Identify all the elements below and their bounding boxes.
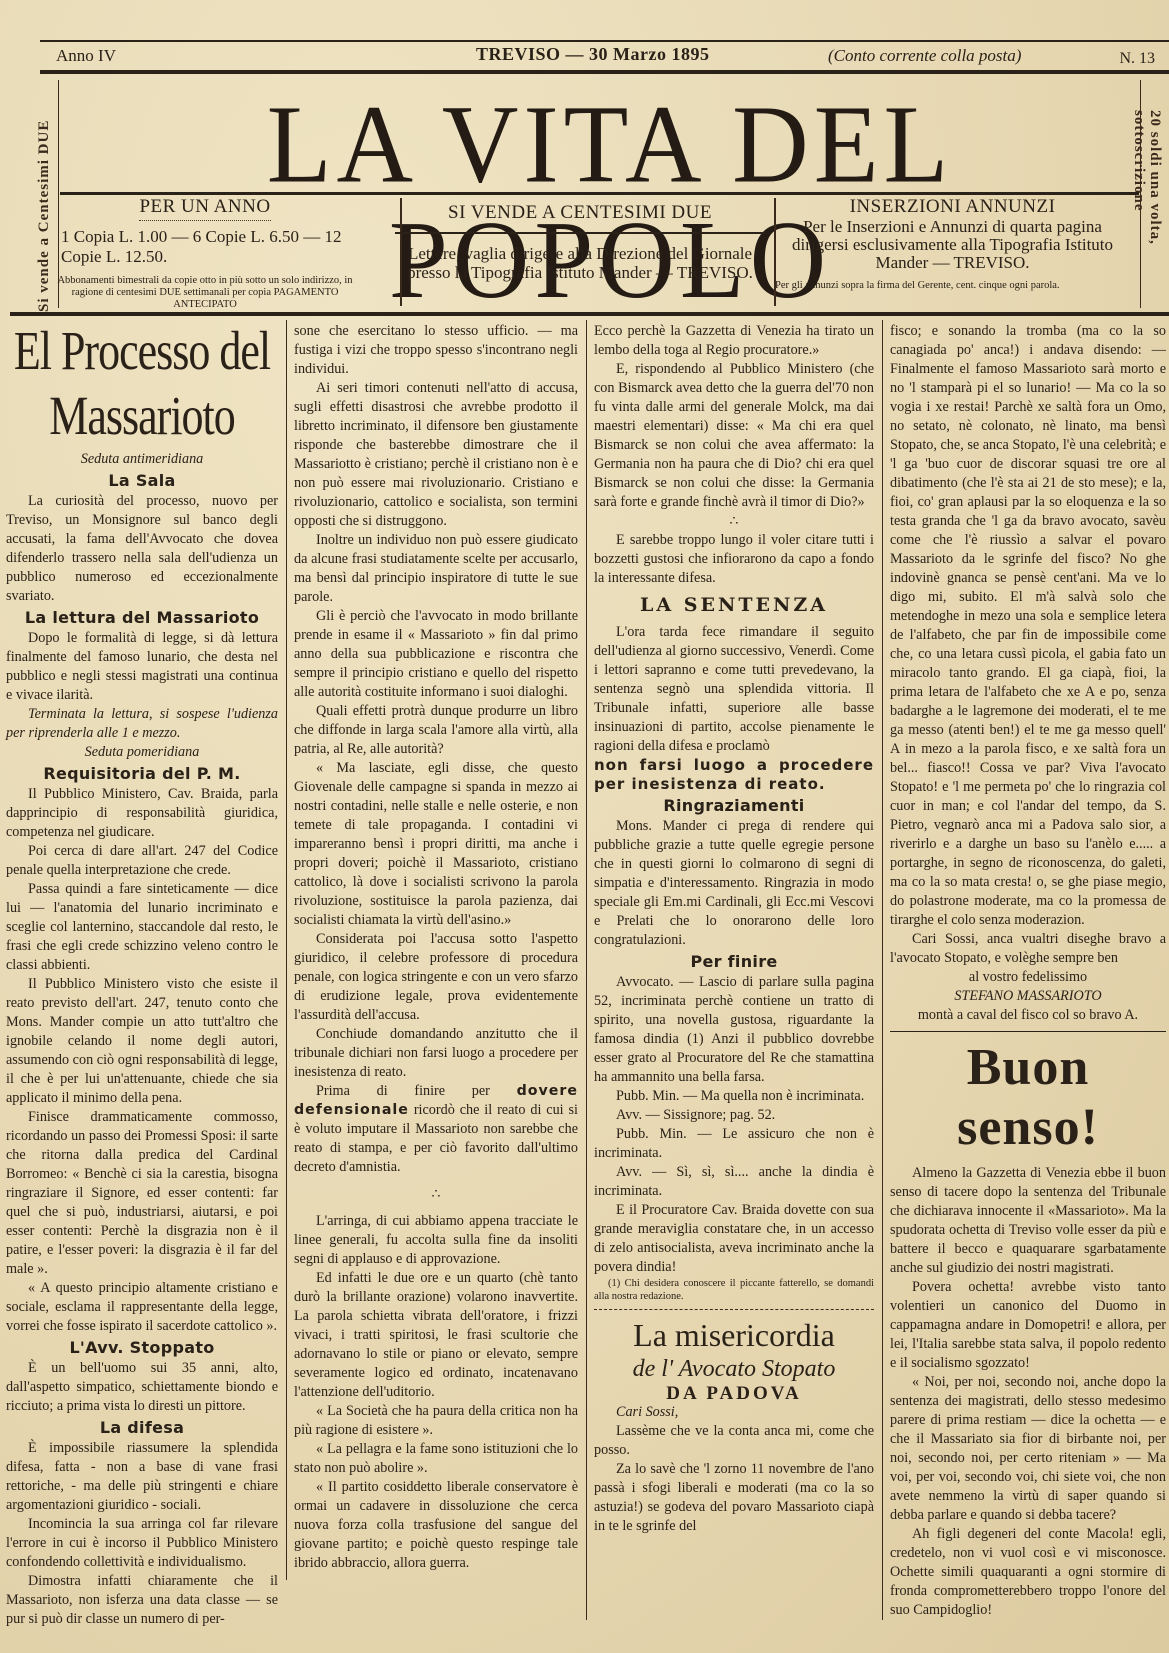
- paragraph: È un bell'uomo sui 35 anni, alto, dall'a…: [6, 1359, 278, 1416]
- article-title-processo: El Processo del Massarioto: [6, 319, 278, 449]
- ads-title: INSERZIONI ANNUNZI: [775, 196, 1130, 218]
- paragraph: E sarebbe troppo lungo il voler citare t…: [594, 531, 874, 588]
- paragraph: Gli è perciò che l'avvocato in modo bril…: [294, 607, 578, 702]
- ads-text: Per le Inserzioni e Annunzi di quarta pa…: [775, 218, 1130, 272]
- signature-name: STEFANO MASSARIOTO: [890, 987, 1166, 1006]
- paragraph: « A questo principio altamente cristiano…: [6, 1279, 278, 1336]
- masthead-right-border: [1140, 80, 1141, 308]
- paragraph: Il Pubblico Ministero, Cav. Braida, parl…: [6, 785, 278, 842]
- sale-text: Lettere, vaglia dirigere alla Direzione …: [395, 244, 765, 282]
- paragraph: Ai seri timori contenuti nell'atto di ac…: [294, 379, 578, 531]
- paragraph: Prima di finire per dovere defensionale …: [294, 1082, 578, 1177]
- paragraph: Quali effetti protrà dunque produrre un …: [294, 702, 578, 759]
- section-heading: Per finire: [594, 952, 874, 971]
- paragraph: Za lo savè che 'l zorno 11 novembre de l…: [594, 1460, 874, 1536]
- anno-label: Anno IV: [56, 46, 116, 66]
- ads-note: Per gli annunzi sopra la firma del Geren…: [775, 280, 1130, 292]
- sale-title: SI VENDE A CENTESIMI DUE: [395, 202, 765, 224]
- salutation: Cari Sossi,: [594, 1403, 874, 1422]
- subscription-note: Abbonamenti bimestrali da copie otto in …: [55, 275, 355, 311]
- masthead-title: LA VITA DEL POPOLO: [140, 87, 1080, 203]
- paragraph: È impossibile riassumere la splendida di…: [6, 1439, 278, 1515]
- subhead: Seduta antimeridiana: [6, 450, 278, 469]
- article-subtitle: de l' Avocato Stopato: [594, 1354, 874, 1384]
- paragraph: Poi cerca di dare all'art. 247 del Codic…: [6, 842, 278, 880]
- paragraph: Cari Sossi, anca vualtri diseghe bravo a…: [890, 930, 1166, 968]
- column-2: sone che esercitano lo stesso ufficio. —…: [294, 322, 578, 1573]
- dateline-rule: [40, 70, 1169, 74]
- paragraph: Ah figli degeneri del conte Macola! egli…: [890, 1525, 1166, 1620]
- paragraph: Avv. — Sissignore; pag. 52.: [594, 1106, 874, 1125]
- paragraph: Finisce drammaticamente commosso, ricord…: [6, 1108, 278, 1279]
- paragraph: Dopo le formalità di legge, si dà lettur…: [6, 629, 278, 705]
- column-divider-3: [882, 320, 883, 1620]
- paragraph: Ecco perchè la Gazzetta di Venezia ha ti…: [594, 322, 874, 360]
- paragraph: fisco; e sonando la tromba (ma co la so …: [890, 322, 1166, 930]
- article-title-misericordia: La misericordia: [594, 1316, 874, 1354]
- paragraph: « La Società che ha paura della critica …: [294, 1402, 578, 1440]
- section-heading: La Sala: [6, 471, 278, 490]
- column-4: fisco; e sonando la tromba (ma co la so …: [890, 322, 1166, 1620]
- paragraph: Passa quindi a fare sinteticamente — dic…: [6, 880, 278, 975]
- paragraph: Inoltre un individuo non può essere giud…: [294, 531, 578, 607]
- separator: ∴: [294, 1185, 578, 1204]
- conto-corrente: (Conto corrente colla posta): [828, 46, 1021, 66]
- sale-rule: [395, 232, 765, 234]
- section-heading: Ringraziamenti: [594, 796, 874, 815]
- section-heading: La lettura del Massarioto: [6, 608, 278, 627]
- subscription-box: PER UN ANNO 1 Copia L. 1.00 — 6 Copie L.…: [55, 196, 355, 308]
- paragraph: Pubb. Min. — Le assicuro che non è incri…: [594, 1125, 874, 1163]
- subscription-prices: 1 Copia L. 1.00 — 6 Copie L. 6.50 — 12 C…: [55, 227, 355, 267]
- separator-rule: [594, 1309, 874, 1310]
- article-title-buon-senso: Buon senso!: [890, 1038, 1166, 1158]
- verdict-text: non farsi luogo a procedere per inesiste…: [594, 756, 874, 794]
- section-heading-sentenza: LA SENTENZA: [594, 596, 874, 615]
- text-run: Prima di finire per: [316, 1083, 490, 1099]
- paragraph: L'arringa, di cui abbiamo appena traccia…: [294, 1212, 578, 1269]
- section-heading: Requisitoria del P. M.: [6, 764, 278, 783]
- top-rule: [40, 40, 1169, 42]
- signature-line: al vostro fedelissimo: [890, 968, 1166, 987]
- footnote: (1) Chi desidera conoscere il piccante f…: [594, 1277, 874, 1303]
- paragraph: E il Procuratore Cav. Braida dovette con…: [594, 1201, 874, 1277]
- signature-line: montà a caval del fisco col so bravo A.: [890, 1006, 1166, 1025]
- section-heading: La difesa: [6, 1418, 278, 1437]
- sale-box: SI VENDE A CENTESIMI DUE Lettere, vaglia…: [395, 196, 765, 308]
- paragraph: sone che esercitano lo stesso ufficio. —…: [294, 322, 578, 379]
- paragraph: Mons. Mander ci prega di rendere qui pub…: [594, 817, 874, 950]
- paragraph: Incomincia la sua arringa col far rileva…: [6, 1515, 278, 1572]
- header-bottom-rule: [10, 312, 1169, 316]
- paragraph: Almeno la Gazzetta di Venezia ebbe il bu…: [890, 1164, 1166, 1278]
- dateline: TREVISO — 30 Marzo 1895: [476, 44, 710, 65]
- paragraph: Dimostra infatti chiaramente che il Mass…: [6, 1572, 278, 1629]
- paragraph: Terminata la lettura, si sospese l'udien…: [6, 705, 278, 743]
- paragraph: Il Pubblico Ministero visto che esiste i…: [6, 975, 278, 1108]
- paragraph: L'ora tarda fece rimandare il seguito de…: [594, 623, 874, 756]
- newspaper-page: Anno IV TREVISO — 30 Marzo 1895 (Conto c…: [0, 0, 1169, 1653]
- paragraph: Lassème che ve la conta anca mi, come ch…: [594, 1422, 874, 1460]
- subhead: Seduta pomeridiana: [6, 743, 278, 762]
- paragraph: Povera ochetta! avrebbe visto tanto vole…: [890, 1278, 1166, 1373]
- paragraph: Considerata poi l'accusa sotto l'aspetto…: [294, 930, 578, 1025]
- paragraph: « Il partito cosiddetto liberale conserv…: [294, 1478, 578, 1573]
- issue-number: N. 13: [1119, 50, 1155, 68]
- separator: ∴: [594, 512, 874, 531]
- column-1: El Processo del Massarioto Seduta antime…: [6, 324, 278, 1629]
- section-heading: L'Avv. Stoppato: [6, 1338, 278, 1357]
- article-subtitle-padova: DA PADOVA: [594, 1384, 874, 1403]
- ads-box: INSERZIONI ANNUNZI Per le Inserzioni e A…: [775, 196, 1130, 308]
- paragraph: Conchiude domandando anzitutto che il tr…: [294, 1025, 578, 1082]
- column-divider-2: [586, 320, 587, 1620]
- paragraph: E, rispondendo al Pubblico Ministero (ch…: [594, 360, 874, 512]
- column-3: Ecco perchè la Gazzetta di Venezia ha ti…: [594, 322, 874, 1536]
- side-note-right: 20 soldi una volta, sottoscrizione: [1131, 110, 1163, 320]
- paragraph: « Ma lasciate, egli disse, che questo Gi…: [294, 759, 578, 930]
- separator-rule: [890, 1031, 1166, 1032]
- subscription-title: PER UN ANNO: [139, 196, 270, 221]
- masthead-rule: [60, 192, 1139, 195]
- paragraph: Avv. — Sì, sì, sì.... anche la dindia è …: [594, 1163, 874, 1201]
- paragraph: Avvocato. — Lascio di parlare sulla pagi…: [594, 973, 874, 1087]
- dateline-bar: Anno IV TREVISO — 30 Marzo 1895 (Conto c…: [38, 44, 1169, 70]
- paragraph: Pubb. Min. — Ma quella non è incriminata…: [594, 1087, 874, 1106]
- paragraph: « La pellagra e la fame sono istituzioni…: [294, 1440, 578, 1478]
- side-note-left: Si vende a Centesimi DUE: [36, 92, 52, 312]
- column-divider-1: [286, 320, 287, 1580]
- paragraph: Ed infatti le due ore e un quarto (chè t…: [294, 1269, 578, 1402]
- paragraph: La curiosità del processo, nuovo per Tre…: [6, 492, 278, 606]
- paragraph: « Noi, per noi, secondo noi, anche dopo …: [890, 1373, 1166, 1525]
